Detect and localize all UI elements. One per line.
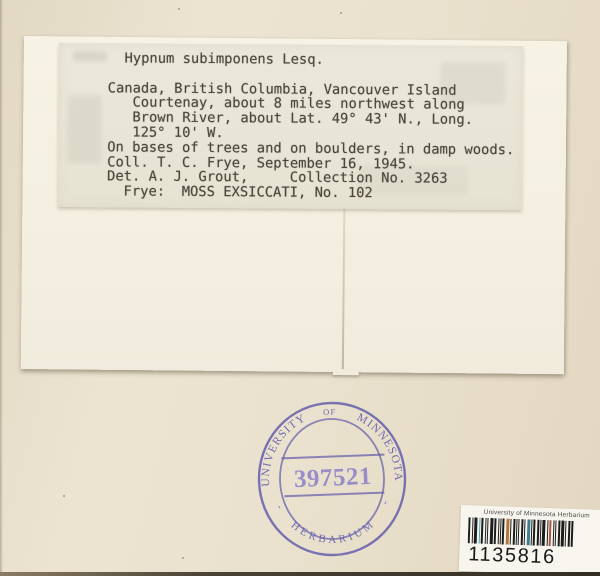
bleed-through-smudge <box>440 62 506 104</box>
barcode-bar <box>518 519 520 545</box>
stamp-separator-left: - <box>274 502 286 512</box>
specimen-label: Hypnum subimponens Lesq. Canada, British… <box>58 43 523 210</box>
barcode-bar <box>494 518 497 544</box>
barcode-bar <box>565 521 567 547</box>
barcode-bar <box>487 518 489 544</box>
barcode-bar <box>524 519 526 545</box>
stamp-arc-of: OF <box>323 406 337 417</box>
stamp-arc-herbarium: HERBARIUM <box>288 517 378 547</box>
barcode-bar <box>555 520 557 546</box>
barcode-sticker: University of Minnesota Herbarium 113581… <box>459 505 600 576</box>
stamp-accession-number: 397521 <box>293 463 372 493</box>
bleed-through-smudge <box>67 95 101 163</box>
barcode-bar <box>549 520 552 546</box>
barcode-bar <box>533 520 536 546</box>
barcode-bar <box>468 517 471 543</box>
photo-bottom-edge <box>0 572 600 576</box>
dust-speck <box>178 8 180 10</box>
barcode-bar <box>510 519 512 545</box>
barcode-bar <box>474 517 478 543</box>
barcode-bar <box>481 518 484 544</box>
bleed-through-smudge <box>358 165 468 196</box>
stamp-separator-right: - <box>379 498 391 507</box>
barcode-bar <box>542 520 546 546</box>
dust-speck <box>63 495 65 497</box>
dust-speck <box>182 557 184 559</box>
stamp-rule-top <box>281 455 384 459</box>
dust-speck <box>340 12 342 14</box>
barcode-bar <box>571 521 574 547</box>
herbarium-sheet-photo: Hypnum subimponens Lesq. Canada, British… <box>0 0 600 576</box>
barcode-number: 1135816 <box>459 543 600 570</box>
photo-left-edge <box>0 0 3 576</box>
paper-fold-notch <box>333 369 359 375</box>
stamp-rule-bottom <box>284 493 384 497</box>
herbarium-stamp: UNIVERSITY OF MINNESOTA HERBARIUM - - 39… <box>252 399 412 563</box>
bleed-through-smudge <box>73 51 107 61</box>
barcode-bar <box>502 518 505 544</box>
